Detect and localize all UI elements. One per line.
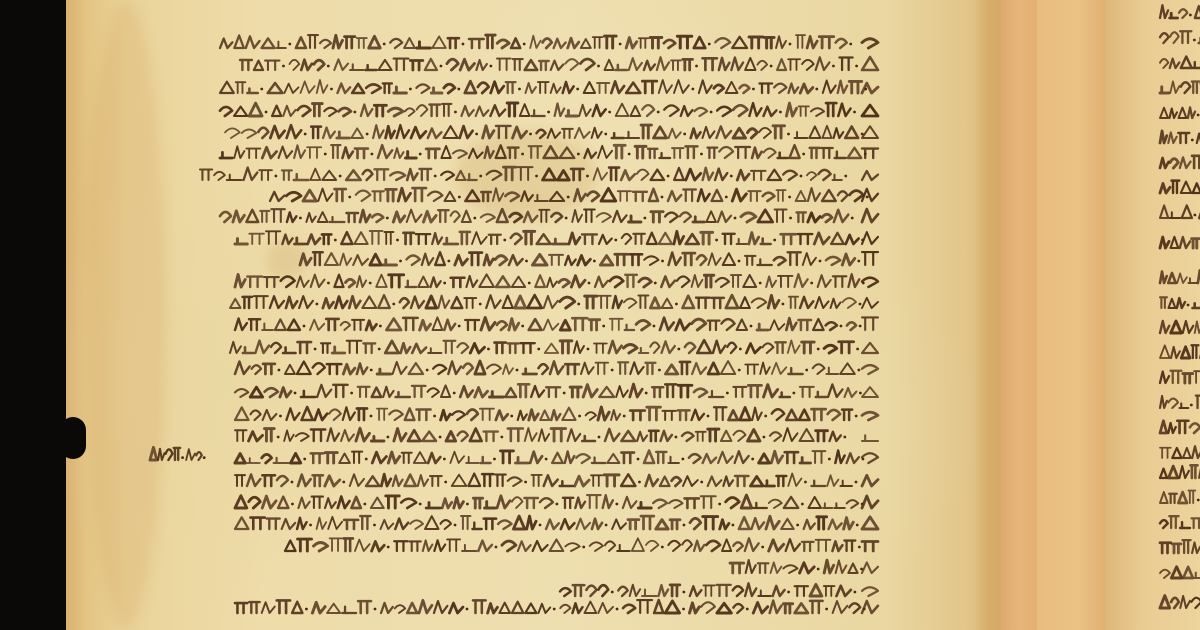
manuscript-text	[0, 0, 1200, 630]
samaritan-script-lines	[0, 0, 1200, 630]
